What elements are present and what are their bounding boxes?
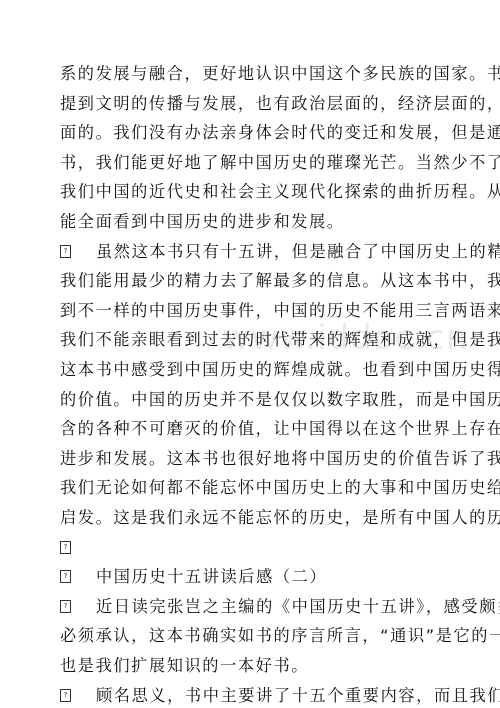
line-text: 近日读完张岂之主编的《中国历史十五讲》，感受颇多。我 [96, 597, 500, 616]
text-line: 书，我们能更好地了解中国历史的璀璨光芒。当然少不了的还有 [60, 148, 450, 178]
line-text: 面的。我们没有办法亲身体会时代的变迁和发展，但是通过这本 [60, 123, 500, 142]
line-text: 也是我们扩展知识的一本好书。 [60, 656, 309, 675]
text-line: 系的发展与融合，更好地认识中国这个多民族的国家。书中不仅 [60, 59, 450, 89]
line-text: 含的各种不可磨灭的价值，让中国得以在这个世界上存在，得以 [60, 419, 500, 438]
line-text: 中国历史十五讲读后感（二） [96, 567, 327, 586]
missing-glyph-icon: ? [60, 541, 71, 554]
text-line: 到不一样的中国历史事件，中国的历史不能用三言两语来描述， [60, 296, 450, 326]
line-text: 能全面看到中国历史的进步和发展。 [60, 212, 345, 231]
line-text: 我们中国的近代史和社会主义现代化探索的曲折历程。从而我们 [60, 182, 500, 201]
line-text: 我们能用最少的精力去了解最多的信息。从这本书中，我们能看 [60, 271, 500, 290]
line-text: 这本书中感受到中国历史的辉煌成就。也看到中国历史得以传承 [60, 360, 500, 379]
text-line: 我们能用最少的精力去了解最多的信息。从这本书中，我们能看 [60, 266, 450, 296]
text-line: 我们无论如何都不能忘怀中国历史上的大事和中国历史给人们的 [60, 473, 450, 503]
missing-glyph-icon: ? [60, 245, 71, 258]
text-line: 能全面看到中国历史的进步和发展。 [60, 207, 450, 237]
missing-glyph-icon: ? [60, 570, 71, 583]
document-page: www.iddoc.cn 系的发展与融合，更好地认识中国这个多民族的国家。书中不… [0, 0, 500, 708]
text-line: 提到文明的传播与发展，也有政治层面的，经济层面的，科技方 [60, 89, 450, 119]
text-line: 面的。我们没有办法亲身体会时代的变迁和发展，但是通过这本 [60, 118, 450, 148]
text-line: 我们中国的近代史和社会主义现代化探索的曲折历程。从而我们 [60, 177, 450, 207]
text-line: 必须承认，这本书确实如书的序言所言，“通识”是它的一大特点， [60, 621, 450, 651]
text-line: 也是我们扩展知识的一本好书。 [60, 651, 450, 681]
line-text: 系的发展与融合，更好地认识中国这个多民族的国家。书中不仅 [60, 64, 500, 83]
line-text: 我们无论如何都不能忘怀中国历史上的大事和中国历史给人们的 [60, 478, 500, 497]
line-text: 虽然这本书只有十五讲，但是融合了中国历史上的精华，让 [96, 242, 500, 261]
text-line: 这本书中感受到中国历史的辉煌成就。也看到中国历史得以传承 [60, 355, 450, 385]
text-line: 进步和发展。这本书也很好地将中国历史的价值告诉了我们，让 [60, 444, 450, 474]
text-line: ?顾名思义，书中主要讲了十五个重要内容，而且我们比较陌 [60, 681, 450, 708]
line-text: 的价值。中国的历史并不是仅仅以数字取胜，而是中国历史中蕴 [60, 390, 500, 409]
text-line: 启发。这是我们永远不能忘怀的历史，是所有中国人的历史。 [60, 503, 450, 533]
line-text: 进步和发展。这本书也很好地将中国历史的价值告诉了我们，让 [60, 449, 500, 468]
text-line: ?中国历史十五讲读后感（二） [60, 562, 450, 592]
line-text: 书，我们能更好地了解中国历史的璀璨光芒。当然少不了的还有 [60, 153, 500, 172]
text-line: 我们不能亲眼看到过去的时代带来的辉煌和成就，但是我们能从 [60, 325, 450, 355]
missing-glyph-icon: ? [60, 600, 71, 613]
line-text: 我们不能亲眼看到过去的时代带来的辉煌和成就，但是我们能从 [60, 330, 500, 349]
line-text: 顾名思义，书中主要讲了十五个重要内容，而且我们比较陌 [96, 686, 500, 705]
text-line: ?近日读完张岂之主编的《中国历史十五讲》，感受颇多。我 [60, 592, 450, 622]
missing-glyph-icon: ? [60, 689, 71, 702]
text-line: ?虽然这本书只有十五讲，但是融合了中国历史上的精华，让 [60, 237, 450, 267]
line-text: 启发。这是我们永远不能忘怀的历史，是所有中国人的历史。 [60, 508, 500, 527]
text-line: ? [60, 533, 450, 563]
text-line: 的价值。中国的历史并不是仅仅以数字取胜，而是中国历史中蕴 [60, 385, 450, 415]
line-text: 必须承认，这本书确实如书的序言所言，“通识”是它的一大特点， [60, 626, 500, 645]
text-line: 含的各种不可磨灭的价值，让中国得以在这个世界上存在，得以 [60, 414, 450, 444]
line-text: 提到文明的传播与发展，也有政治层面的，经济层面的，科技方 [60, 94, 500, 113]
line-text: 到不一样的中国历史事件，中国的历史不能用三言两语来描述， [60, 301, 500, 320]
